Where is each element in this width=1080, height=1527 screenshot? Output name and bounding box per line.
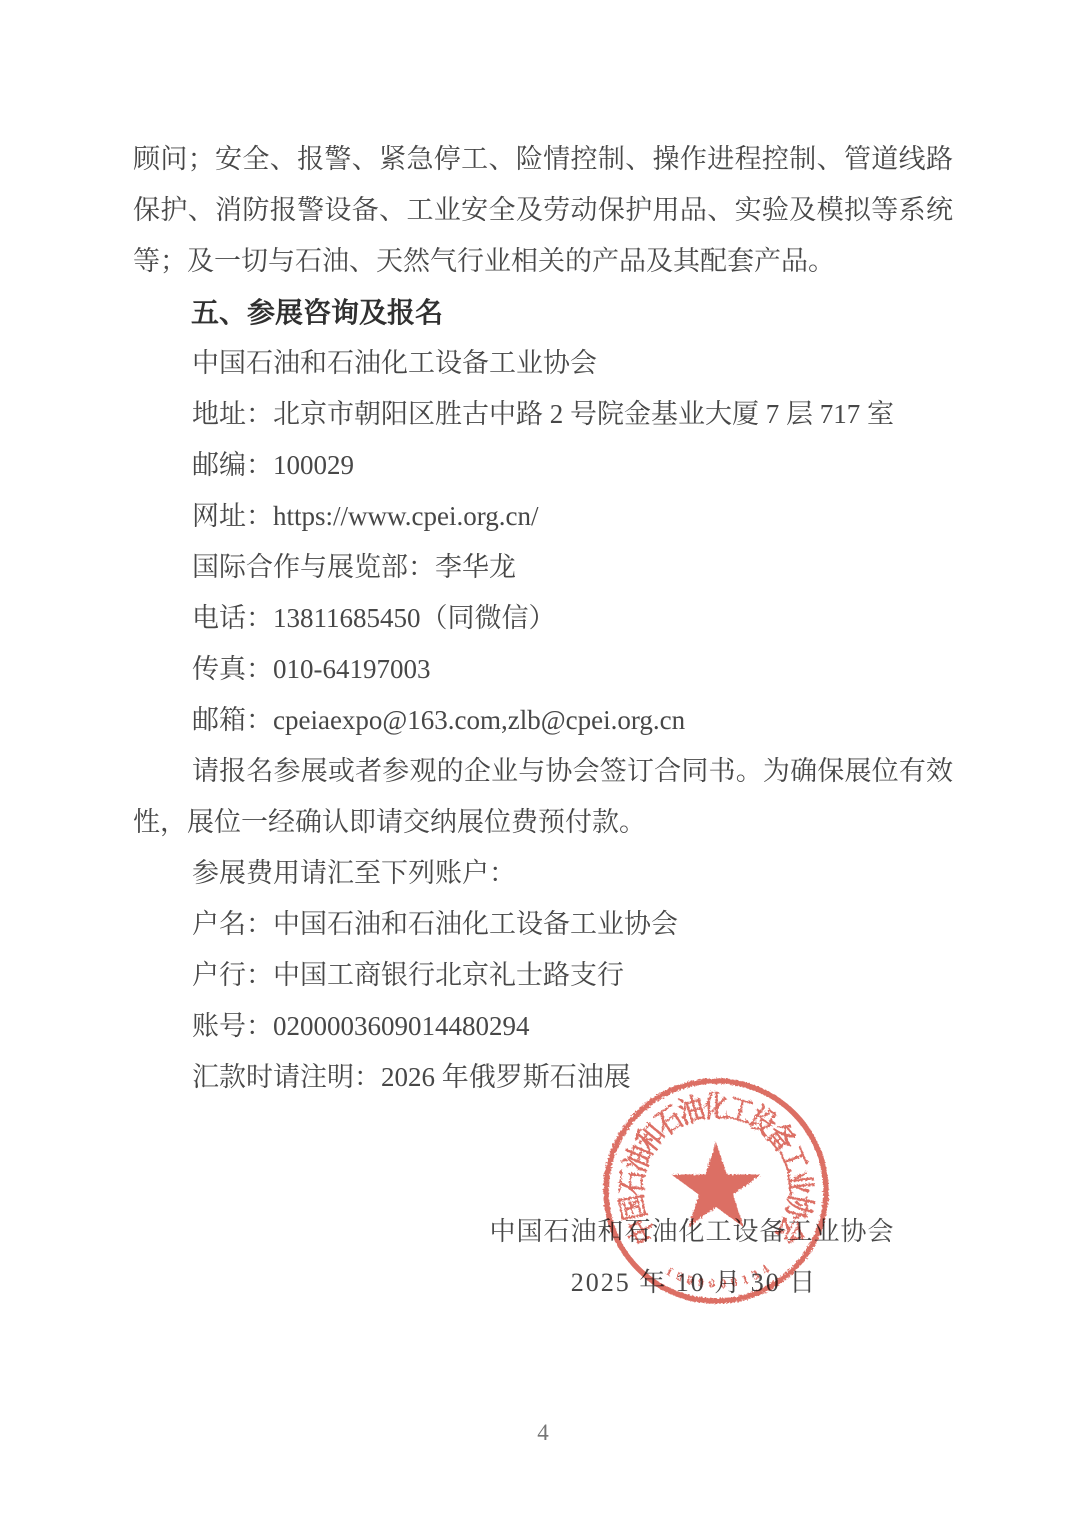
email-line: 邮箱：cpeiaexpo@163.com,zlb@cpei.org.cn (133, 695, 953, 746)
notice-line-2: 性，展位一经确认即请交纳展位费预付款。 (133, 797, 953, 848)
address-line: 地址：北京市朝阳区胜古中路 2 号院金基业大厦 7 层 717 室 (133, 389, 953, 440)
org-name-line: 中国石油和石油化工设备工业协会 (133, 338, 953, 389)
svg-text:0: 0 (719, 1275, 727, 1290)
body-line-products-2: 保护、消防报警设备、工业安全及劳动保护用品、实验及模拟等系统 (133, 185, 953, 236)
svg-text:0: 0 (708, 1276, 715, 1291)
seal-serial-number: 1000000134 (663, 1261, 772, 1291)
document-page: 顾问；安全、报警、紧急停工、险情控制、操作进程控制、管道线路 保护、消防报警设备… (0, 0, 1080, 1527)
svg-text:0: 0 (697, 1274, 706, 1290)
website-line: 网址：https://www.cpei.org.cn/ (133, 491, 953, 542)
seal-svg: 中国石油和石油化工设备工业协会 1000000134 (596, 1071, 836, 1311)
postcode-line: 邮编：100029 (133, 440, 953, 491)
account-number-line: 账号：0200003609014480294 (133, 1001, 953, 1052)
account-bank-line: 户行：中国工商银行北京礼士路支行 (133, 950, 953, 1001)
svg-text:0: 0 (730, 1274, 739, 1290)
document-content: 顾问；安全、报警、紧急停工、险情控制、操作进程控制、管道线路 保护、消防报警设备… (133, 134, 953, 1103)
seal-artwork: 中国石油和石油化工设备工业协会 1000000134 (606, 1081, 826, 1301)
body-line-products-1: 顾问；安全、报警、紧急停工、险情控制、操作进程控制、管道线路 (133, 134, 953, 185)
phone-line: 电话：13811685450（同微信） (133, 593, 953, 644)
account-holder-line: 户名：中国石油和石油化工设备工业协会 (133, 899, 953, 950)
department-contact-line: 国际合作与展览部：李华龙 (133, 542, 953, 593)
svg-text:0: 0 (674, 1268, 686, 1284)
notice-line-1: 请报名参展或者参观的企业与协会签订合同书。为确保展位有效 (133, 746, 953, 797)
svg-text:1: 1 (663, 1263, 676, 1279)
seal-star-icon (671, 1142, 760, 1227)
official-seal-stamp: 中国石油和石油化工设备工业协会 1000000134 (596, 1071, 836, 1311)
fax-line: 传真：010-64197003 (133, 644, 953, 695)
svg-text:4: 4 (758, 1261, 772, 1277)
body-line-products-3: 等；及一切与石油、天然气行业相关的产品及其配套产品。 (133, 236, 953, 287)
payment-intro-line: 参展费用请汇至下列账户： (133, 848, 953, 899)
section-heading: 五、参展咨询及报名 (133, 287, 953, 338)
svg-text:0: 0 (685, 1272, 695, 1288)
page-number: 4 (537, 1420, 549, 1446)
svg-text:1: 1 (739, 1271, 750, 1287)
